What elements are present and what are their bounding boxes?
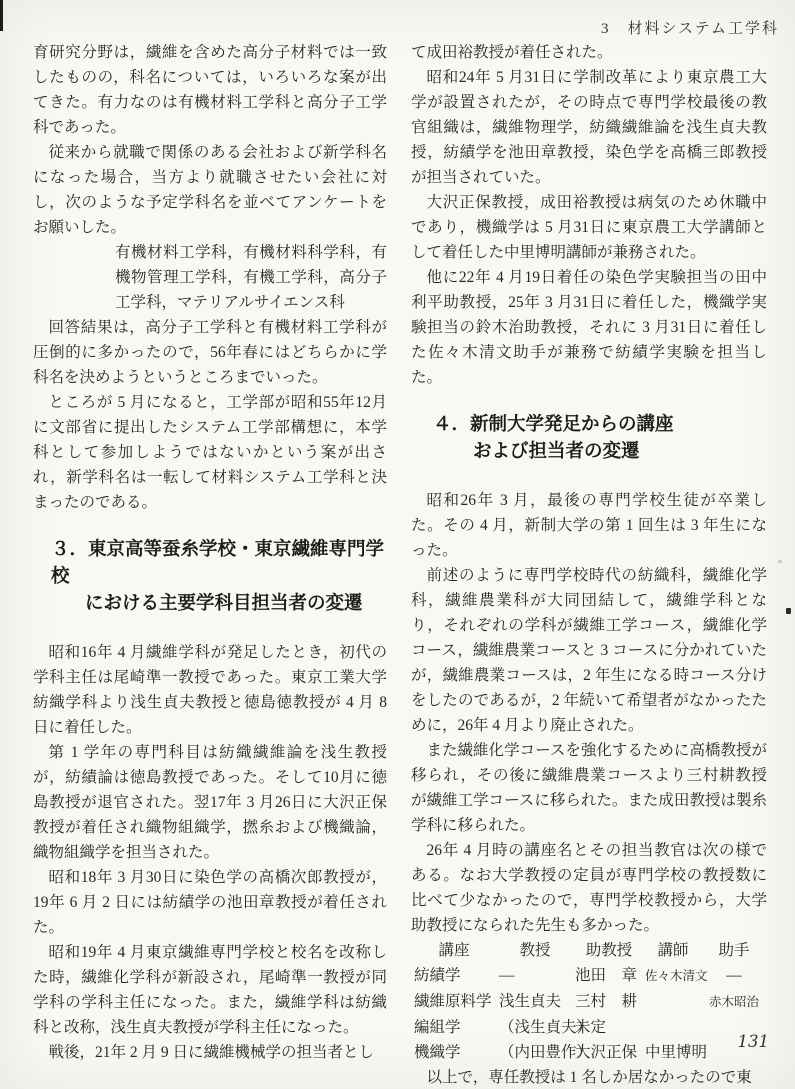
section-heading-4: ４．新制大学発足からの講座 および担当者の変遷 [411,410,767,464]
paragraph: 戦後，21年 2 月 9 日に繊維機械学の担当者とし [33,1040,387,1065]
table-cell: 大沢正保 [573,1040,645,1065]
paragraph: 他に22年 4 月19日着任の染色学実験担当の田中利平助教授，25年 3 月31… [411,265,767,390]
column-header: 教授 [497,938,573,963]
column-header: 助教授 [573,938,645,963]
paragraph: 昭和19年 4 月東京繊維専門学校と校名を改称した時，繊維化学科が新設され，尾崎… [33,940,387,1040]
table-cell: 浅生貞夫 [497,989,573,1014]
paragraph: また繊維化学コースを強化するために高橋教授が移られ，その後に繊維農業コースより三… [411,738,767,838]
table-cell: 紡績学 [411,963,497,988]
paragraph: 昭和16年 4 月繊維学科が発足したとき，初代の学科主任は尾崎準一教授であった。… [33,640,387,740]
scan-artifact-smudge [778,560,782,563]
paragraph: ところが 5 月になると，工学部が昭和55年12月に文部省に提出したシステム工学… [33,390,387,515]
document-page: 3 材料システム工学科 育研究分野は，繊維を含めた高分子材料では一致したものの，… [0,0,795,1089]
table-row: 機織学 （内田豊作） 大沢正保 中里博明 [411,1040,767,1065]
table-header-row: 講座 教授 助教授 講師 助手 [411,938,767,963]
paragraph: 昭和24年 5 月31日に学制改革により東京農工大学が設置されたが，その時点で専… [411,65,767,190]
table-row: 紡績学 — 池田 章 佐々木清文 — [411,963,767,989]
table-cell: — [701,963,767,988]
table-cell: 機織学 [411,1040,497,1065]
table-cell: 佐々木清文 [645,964,701,989]
left-column: 育研究分野は，繊維を含めた高分子材料では一致したものの，科名については，いろいろ… [33,40,387,1089]
section-heading-line: ３．東京高等蚕糸学校・東京繊維専門学校 [33,535,387,589]
scan-artifact-right-dot [786,608,791,614]
section-heading-line: および担当者の変遷 [411,437,767,464]
paragraph: 従来から就職で関係のある会社および新学科名になった場合，当方より就職させたい会社… [33,140,387,240]
paragraph: 以上で，専任教授は 1 名しか居なかったので東 [411,1065,767,1089]
section-heading-line: における主要学科目担当者の変遷 [33,589,387,616]
table-cell: 池田 章 [573,963,645,988]
running-header: 3 材料システム工学科 [601,17,779,38]
table-cell: 未定 [573,1015,645,1040]
table-row: 繊維原料学 浅生貞夫 三村 耕 赤木昭治 [411,989,767,1015]
column-header: 助手 [701,938,767,963]
paragraph: 昭和26年 3 月，最後の専門学校生徒が卒業した。その 4 月，新制大学の第 1… [411,488,767,563]
right-column: て成田裕教授が着任された。 昭和24年 5 月31日に学制改革により東京農工大学… [411,40,767,1089]
text-columns: 育研究分野は，繊維を含めた高分子材料では一致したものの，科名については，いろいろ… [33,40,767,1089]
table-cell: 繊維原料学 [411,989,497,1014]
table-cell: 中里博明 [645,1040,701,1065]
table-cell: 赤木昭治 [701,990,767,1015]
column-header: 講師 [645,938,701,963]
paragraph: 大沢正保教授，成田裕教授は病気のため休職中であり，機織学は 5 月31日に東京農… [411,190,767,265]
paragraph: 回答結果は，高分子工学科と有機材料工学科が圧倒的に多かったので，56年春にはどち… [33,315,387,390]
table-cell: （浅生貞夫） [497,1015,573,1040]
table-cell: 三村 耕 [573,989,645,1014]
table-cell: 編組学 [411,1015,497,1040]
paragraph: 26年 4 月時の講座名とその担当教官は次の様である。なお大学教授の定員が専門学… [411,838,767,938]
paragraph: 育研究分野は，繊維を含めた高分子材料では一致したものの，科名については，いろいろ… [33,40,387,140]
dept-name-list: 有機材料工学科，有機材料科学科，有機物管理工学科，有機工学科，高分子工学科，マテ… [115,240,387,315]
paragraph: 昭和18年 3 月30日に染色学の高橋次郎教授が，19年 6 月 2 日には紡績… [33,865,387,940]
column-header: 講座 [411,938,497,963]
table-cell: — [497,963,573,988]
paragraph: 前述のように専門学校時代の紡織科，繊維化学科，繊維農業科が大同団結して，繊維学科… [411,563,767,738]
paragraph: て成田裕教授が着任された。 [411,40,767,65]
table-cell: （内田豊作） [497,1040,573,1065]
staff-table: 講座 教授 助教授 講師 助手 紡績学 — 池田 章 佐々木清文 — 繊維原料学… [411,938,767,1065]
paragraph: 第 1 学年の専門科目は紡織繊維論を浅生教授が，紡績論は徳島教授であった。そして… [33,740,387,865]
table-row: 編組学 （浅生貞夫） 未定 [411,1015,767,1040]
page-number: 131 [738,1032,770,1051]
scan-artifact-left-edge [0,0,3,31]
section-heading-3: ３．東京高等蚕糸学校・東京繊維専門学校 における主要学科目担当者の変遷 [33,535,387,616]
section-heading-line: ４．新制大学発足からの講座 [411,410,767,437]
